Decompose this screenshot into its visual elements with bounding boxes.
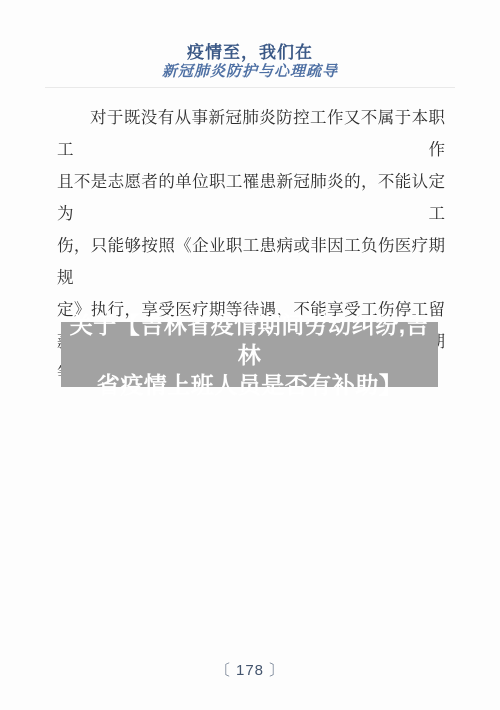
header-divider	[45, 87, 455, 88]
body-line-3: 伤，只能够按照《企业职工患病或非因工负伤医疗期规	[57, 230, 445, 294]
banner-title-line-2: 省疫情上班人员是否有补助】	[97, 370, 403, 400]
document-page: 疫情至，我们在 新冠肺炎防护与心理疏导 对于既没有从事新冠肺炎防控工作又不属于本…	[0, 0, 500, 710]
body-line-2: 且不是志愿者的单位职工罹患新冠肺炎的，不能认定为工	[57, 166, 445, 230]
body-line-1: 对于既没有从事新冠肺炎防控工作又不属于本职工作	[57, 102, 445, 166]
page-number: 〔 178 〕	[0, 659, 500, 680]
header-subtitle: 新冠肺炎防护与心理疏导	[0, 60, 500, 81]
banner-title-line-1: 关于【吉林省疫情期间劳动纠纷,吉林	[61, 310, 438, 370]
article-title-banner: 关于【吉林省疫情期间劳动纠纷,吉林 省疫情上班人员是否有补助】	[61, 322, 438, 387]
